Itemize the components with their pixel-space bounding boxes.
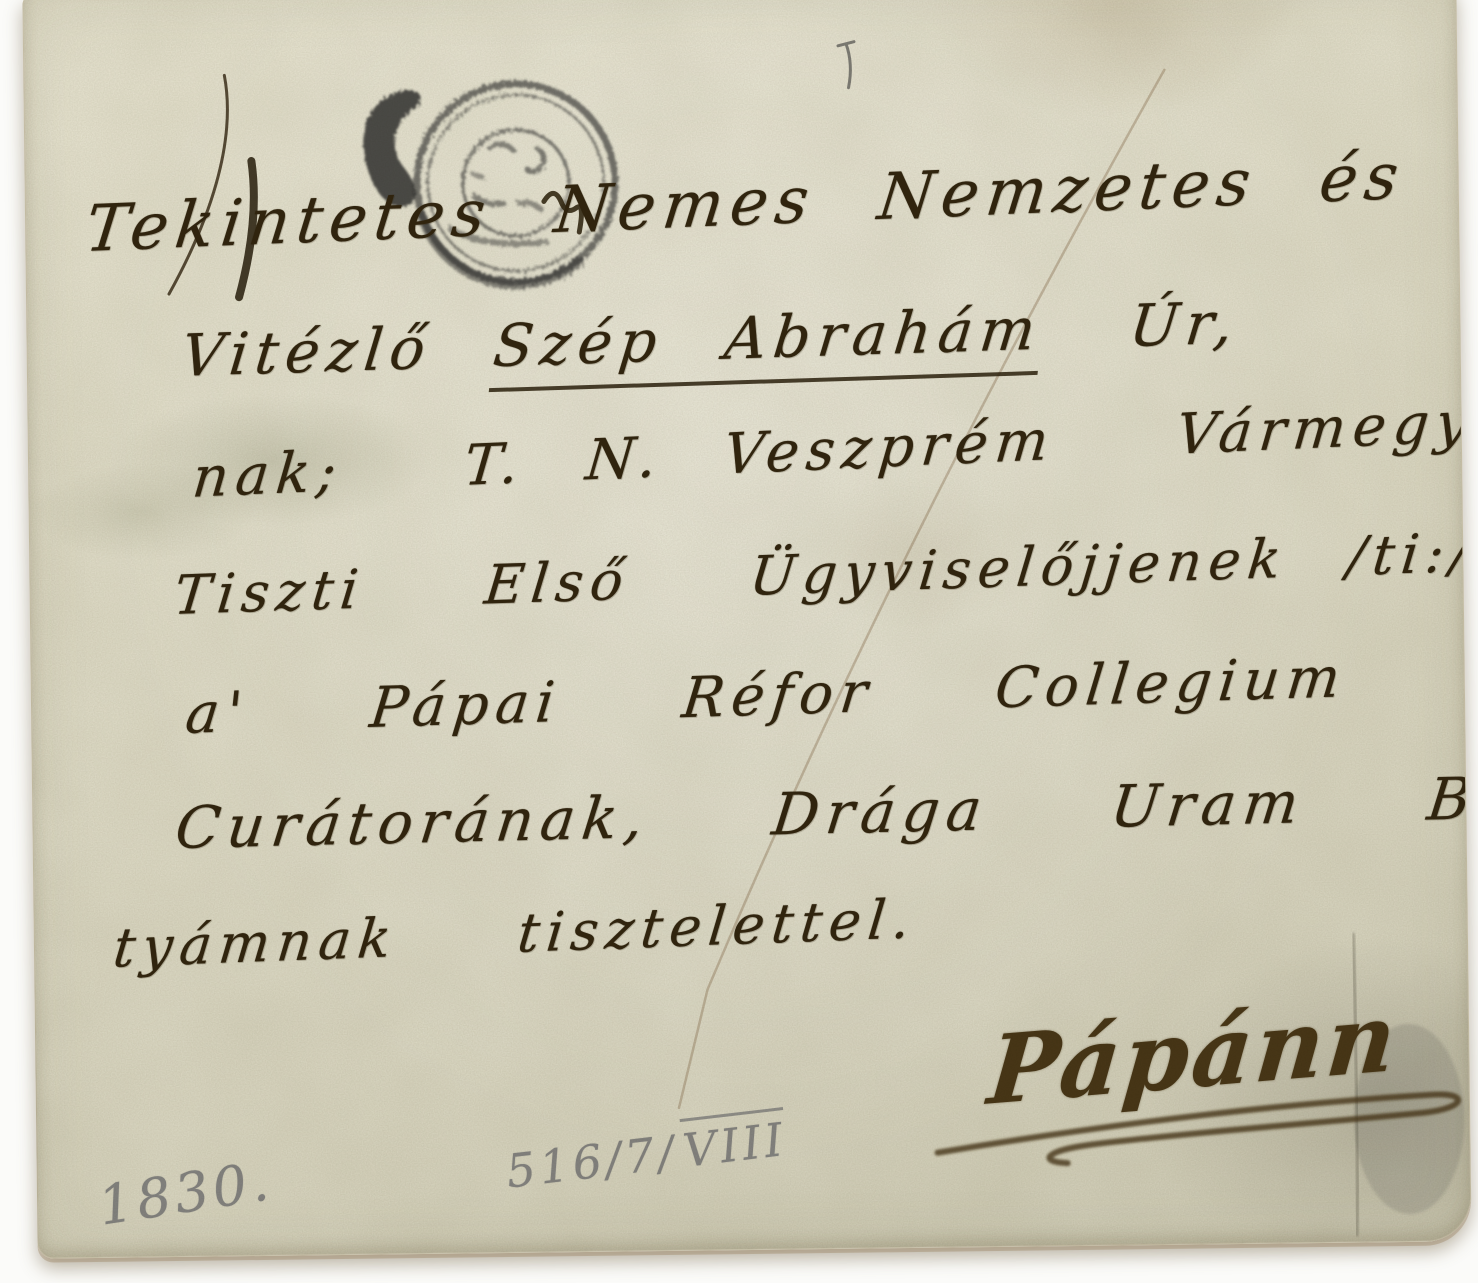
address-line-5: a' Pápai Réfor Collegium Első (183, 637, 1472, 747)
envelope-paper: Tekintetes Nemes Nemzetes és VitézlőSzép… (22, 0, 1471, 1259)
scanned-envelope-image: Tekintetes Nemes Nemzetes és VitézlőSzép… (0, 0, 1478, 1283)
address-line-4: Tiszti Első Ügyviselőjjenek /ti:/ (171, 521, 1472, 627)
address-line-6: Curátorának, Drága Uram Bá (172, 763, 1472, 862)
addressee-name-underlined: Szép Abrahám (489, 295, 1046, 393)
address-line-2-prefix: Vitézlő (178, 314, 435, 390)
address-line-7: tyámnak tisztelettel. (110, 887, 919, 980)
address-line-3: nak; T. N. Veszprém Vármegye (190, 388, 1472, 511)
address-line-2: VitézlőSzép AbrahámÚr, (178, 288, 1243, 390)
address-line-1: Tekintetes Nemes Nemzetes és (82, 140, 1409, 267)
address-line-2-suffix: Úr, (1126, 288, 1243, 360)
pencil-reference-roman: VIII (680, 1107, 790, 1178)
